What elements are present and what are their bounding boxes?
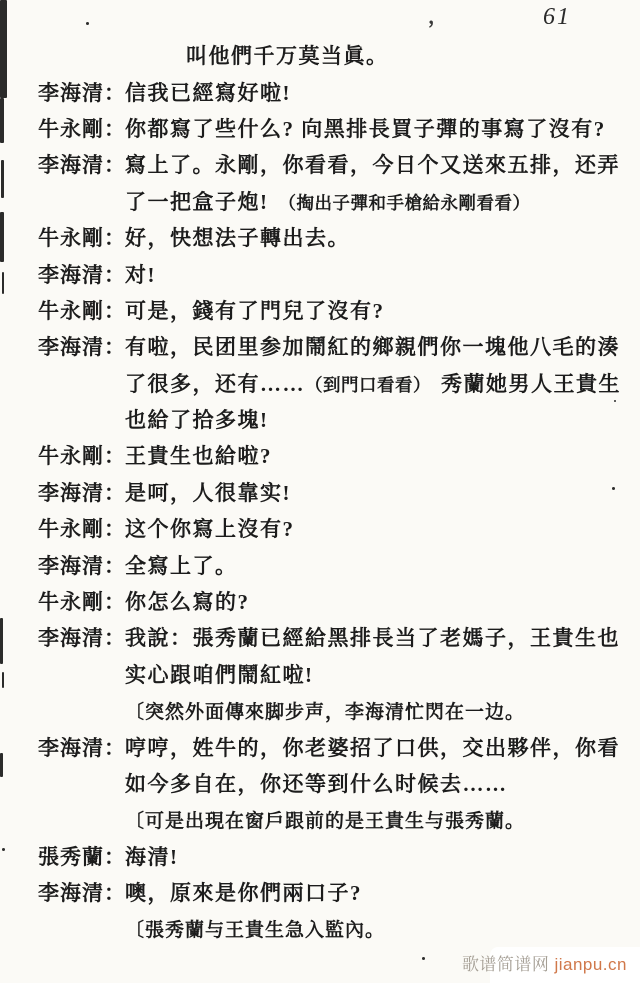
dialogue-text: 信我已經寫好啦! xyxy=(125,77,291,107)
scan-stray-mark: ， xyxy=(428,0,448,29)
script-line: 牛永剛：你都寫了些什么? 向黑排長買子彈的事寫了沒有? xyxy=(0,110,640,146)
speaker-label: 李海清： xyxy=(38,259,125,289)
dialogue-text: 了一把盒子炮!（掏出子彈和手槍給永剛看看） xyxy=(125,186,531,216)
speaker-label: 李海清： xyxy=(38,77,125,107)
stage-direction-line: 〔張秀蘭与王貴生急入監內。 xyxy=(0,910,640,946)
scan-speck xyxy=(86,22,89,25)
text-segment: 这个你寫上沒有? xyxy=(125,517,295,541)
dialogue-text: 实心跟咱們鬧紅啦! xyxy=(125,659,314,689)
speaker-label: 李海清： xyxy=(38,477,125,507)
dialogue-text: 对! xyxy=(125,259,156,289)
text-segment: 对! xyxy=(125,263,156,287)
script-line: 了一把盒子炮!（掏出子彈和手槍給永剛看看） xyxy=(0,183,640,219)
dialogue-text: 好，快想法子轉出去。 xyxy=(125,222,350,252)
stage-direction-line: 〔可是出現在窗戶跟前的是王貴生与張秀蘭。 xyxy=(0,801,640,837)
text-segment: 我說：張秀蘭已經給黑排長当了老媽子，王貴生也 xyxy=(125,626,620,650)
text-segment: 你怎么寫的? xyxy=(125,590,250,614)
script-line: 也給了拾多塊! xyxy=(0,401,640,437)
text-segment: 噢，原來是你們兩口子? xyxy=(125,881,362,905)
script-line: 叫他們千万莫当眞。 xyxy=(0,37,640,73)
dialogue-text: 全寫上了。 xyxy=(125,550,238,580)
dialogue-text: 王貴生也給啦? xyxy=(125,440,272,470)
text-segment: 可是，錢有了門兒了沒有? xyxy=(125,299,385,323)
script-line: 李海清：是呵，人很靠实! xyxy=(0,474,640,510)
dialogue-text: 有啦，民团里参加鬧紅的鄉親們你一塊他八毛的湊 xyxy=(125,331,620,361)
text-segment: 了一把盒子炮! xyxy=(125,190,269,214)
text-segment: 信我已經寫好啦! xyxy=(125,81,291,105)
speaker-label: 李海清： xyxy=(38,550,125,580)
text-segment: 秀蘭她男人王貴生 xyxy=(441,372,621,396)
inline-stage-note: （到門口看看） xyxy=(305,375,431,395)
dialogue-text: 你怎么寫的? xyxy=(125,586,250,616)
script-line: 李海清：寫上了。永剛，你看看，今日个又送來五排，还弄 xyxy=(0,146,640,182)
text-segment: 海清! xyxy=(125,845,179,869)
stage-direction-text: 〔張秀蘭与王貴生急入監內。 xyxy=(125,915,385,942)
text-segment: 〔可是出現在窗戶跟前的是王貴生与張秀蘭。 xyxy=(125,811,525,832)
script-body: 叫他們千万莫当眞。李海清：信我已經寫好啦!牛永剛：你都寫了些什么? 向黑排長買子… xyxy=(0,37,640,947)
script-line: 李海清：噢，原來是你們兩口子? xyxy=(0,874,640,910)
text-segment: 你都寫了些什么? 向黑排長買子彈的事寫了沒有? xyxy=(125,117,606,141)
dialogue-text: 我說：張秀蘭已經給黑排長当了老媽子，王貴生也 xyxy=(125,622,620,652)
script-line: 牛永剛：这个你寫上沒有? xyxy=(0,510,640,546)
text-segment: 寫上了。永剛，你看看，今日个又送來五排，还弄 xyxy=(125,153,620,177)
script-line: 李海清：信我已經寫好啦! xyxy=(0,73,640,109)
speaker-label: 牛永剛： xyxy=(38,586,125,616)
text-segment: 是呵，人很靠实! xyxy=(125,481,291,505)
watermark-site-name: 歌谱简谱网 xyxy=(462,955,550,974)
inline-stage-note: （掏出子彈和手槍給永剛看看） xyxy=(279,193,531,213)
text-segment: 好，快想法子轉出去。 xyxy=(125,226,350,250)
scanned-script-page: 61 ， 叫他們千万莫当眞。李海清：信我已經寫好啦!牛永剛：你都寫了些什么? 向… xyxy=(0,0,640,983)
text-segment: 全寫上了。 xyxy=(125,554,238,578)
script-line: 李海清：对! xyxy=(0,255,640,291)
script-line: 如今多自在，你还等到什么时候去…… xyxy=(0,765,640,801)
stage-direction-text: 〔突然外面傳來脚步声，李海清忙閃在一边。 xyxy=(125,697,525,724)
page-number: 61 xyxy=(543,4,571,31)
speaker-label: 牛永剛： xyxy=(38,440,125,470)
script-line: 了很多，还有……（到門口看看）秀蘭她男人王貴生 xyxy=(0,365,640,401)
script-line: 李海清：我說：張秀蘭已經給黑排長当了老媽子，王貴生也 xyxy=(0,619,640,655)
speaker-label: 李海清： xyxy=(38,732,125,762)
script-line: 李海清：全寫上了。 xyxy=(0,546,640,582)
text-segment: 有啦，民团里参加鬧紅的鄉親們你一塊他八毛的湊 xyxy=(125,335,620,359)
text-segment: 〔張秀蘭与王貴生急入監內。 xyxy=(125,920,385,941)
speaker-label: 牛永剛： xyxy=(38,113,125,143)
text-segment: 实心跟咱們鬧紅啦! xyxy=(125,663,314,687)
dialogue-text: 可是，錢有了門兒了沒有? xyxy=(125,295,385,325)
script-line: 李海清：哼哼，姓牛的，你老婆招了口供，交出夥伴，你看 xyxy=(0,728,640,764)
script-line: 李海清：有啦，民团里参加鬧紅的鄉親們你一塊他八毛的湊 xyxy=(0,328,640,364)
script-line: 牛永剛：你怎么寫的? xyxy=(0,583,640,619)
text-segment: 哼哼，姓牛的，你老婆招了口供，交出夥伴，你看 xyxy=(125,736,620,760)
stage-direction-line: 〔突然外面傳來脚步声，李海清忙閃在一边。 xyxy=(0,692,640,728)
speaker-label: 李海清： xyxy=(38,149,125,179)
scan-speck xyxy=(422,957,425,960)
script-line: 張秀蘭：海清! xyxy=(0,838,640,874)
script-line: 牛永剛：可是，錢有了門兒了沒有? xyxy=(0,292,640,328)
dialogue-text: 也給了拾多塊! xyxy=(125,404,269,434)
text-segment: 如今多自在，你还等到什么时候去…… xyxy=(125,772,508,796)
watermark-site-url: jianpu.cn xyxy=(554,955,627,974)
text-segment: 叫他們千万莫当眞。 xyxy=(186,44,389,68)
speaker-label: 牛永剛： xyxy=(38,222,125,252)
speaker-label: 牛永剛： xyxy=(38,295,125,325)
dialogue-text: 你都寫了些什么? 向黑排長買子彈的事寫了沒有? xyxy=(125,113,606,143)
text-segment: 了很多，还有…… xyxy=(125,372,305,396)
speaker-label: 牛永剛： xyxy=(38,513,125,543)
dialogue-text: 哼哼，姓牛的，你老婆招了口供，交出夥伴，你看 xyxy=(125,732,620,762)
script-line: 牛永剛：好，快想法子轉出去。 xyxy=(0,219,640,255)
speaker-label: 李海清： xyxy=(38,622,125,652)
dialogue-text: 海清! xyxy=(125,841,179,871)
dialogue-text: 这个你寫上沒有? xyxy=(125,513,295,543)
speaker-label: 張秀蘭： xyxy=(38,841,125,871)
speaker-label: 李海清： xyxy=(38,331,125,361)
script-line: 实心跟咱們鬧紅啦! xyxy=(0,656,640,692)
watermark: 歌谱简谱网jianpu.cn xyxy=(462,950,627,975)
dialogue-text: 叫他們千万莫当眞。 xyxy=(186,40,389,70)
stage-direction-text: 〔可是出現在窗戶跟前的是王貴生与張秀蘭。 xyxy=(125,806,525,833)
dialogue-text: 如今多自在，你还等到什么时候去…… xyxy=(125,768,508,798)
speaker-label: 李海清： xyxy=(38,877,125,907)
script-line: 牛永剛：王貴生也給啦? xyxy=(0,437,640,473)
dialogue-text: 是呵，人很靠实! xyxy=(125,477,291,507)
dialogue-text: 寫上了。永剛，你看看，今日个又送來五排，还弄 xyxy=(125,149,620,179)
dialogue-text: 了很多，还有……（到門口看看）秀蘭她男人王貴生 xyxy=(125,368,621,398)
dialogue-text: 噢，原來是你們兩口子? xyxy=(125,877,362,907)
text-segment: 也給了拾多塊! xyxy=(125,408,269,432)
text-segment: 〔突然外面傳來脚步声，李海清忙閃在一边。 xyxy=(125,702,525,723)
text-segment: 王貴生也給啦? xyxy=(125,444,272,468)
